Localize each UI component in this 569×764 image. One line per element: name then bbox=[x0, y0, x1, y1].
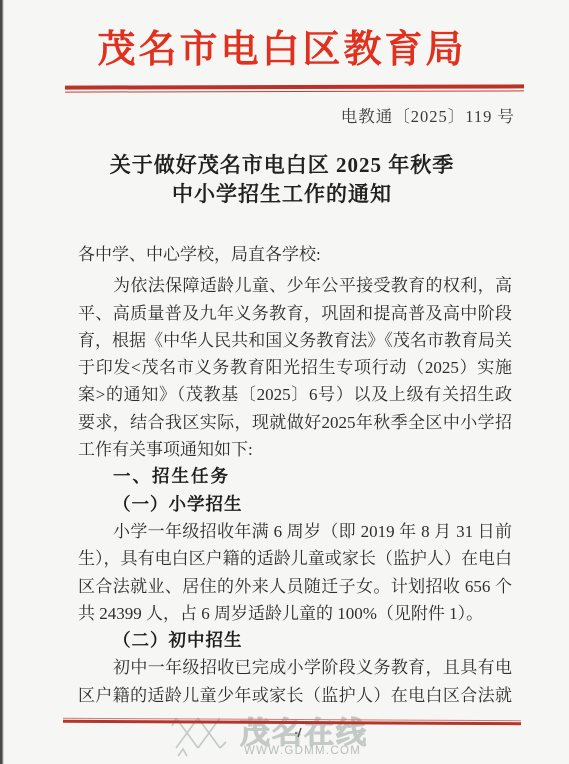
body-line: 区合法就业、居住的外来人员随迁子女。计划招收 656 个班， bbox=[78, 573, 512, 600]
document-body: 各中学、中心学校，局直各学校: 为依法保障适龄儿童、少年公平接受教育的权利，高水… bbox=[78, 241, 512, 709]
header-divider-line bbox=[65, 84, 524, 92]
body-line: 于印发<茂名市义务教育阳光招生专项行动（2025）实施方 bbox=[78, 354, 512, 381]
document-title-line-1: 关于做好茂名市电白区 2025 年秋季 bbox=[58, 151, 506, 180]
section-heading-recruitment-tasks: 一、招生任务 bbox=[78, 463, 512, 490]
body-line: 初中一年级招收已完成小学阶段义务教育，且具有电白 bbox=[78, 654, 512, 681]
body-line: 为依法保障适龄儿童、少年公平接受教育的权利，高水 bbox=[78, 272, 512, 299]
page-footnote-mark bbox=[293, 727, 307, 739]
agency-title: 茂名市电白区教育局 bbox=[58, 18, 506, 66]
document-number: 电教通〔2025〕119 号 bbox=[200, 103, 515, 127]
scanned-official-document: { "header": { "agency": "茂名市电白区教育局", "do… bbox=[0, 0, 569, 764]
body-line: 平、高质量普及九年义务教育，巩固和提高普及高中阶段教 bbox=[78, 300, 512, 327]
body-line: 区户籍的适龄儿童少年或家长（监护人）在电白区合法就业、 bbox=[78, 682, 512, 709]
salutation: 各中学、中心学校，局直各学校: bbox=[78, 241, 512, 268]
body-line: 共 24399 人，占 6 周岁适龄儿童的 100%（见附件 1）。 bbox=[78, 600, 512, 627]
document-title-line-2: 中小学招生工作的通知 bbox=[58, 180, 506, 209]
body-line: 育，根据《中华人民共和国义务教育法》《茂名市教育局关 bbox=[78, 327, 512, 354]
body-line: 案>的通知》（茂教基〔2025〕6号）以及上级有关招生政策 bbox=[78, 381, 512, 408]
document-title: 关于做好茂名市电白区 2025 年秋季 中小学招生工作的通知 bbox=[58, 151, 506, 209]
site-watermark: 茂名在线 WWW.GDMM.COM bbox=[170, 706, 390, 764]
body-line: 要求，结合我区实际，现就做好2025年秋季全区中小学招生 bbox=[78, 409, 512, 436]
watermark-url: WWW.GDMM.COM bbox=[244, 745, 361, 757]
subsection-heading-junior-high: （二）初中招生 bbox=[78, 627, 512, 654]
header-divider-thin-line bbox=[65, 90, 524, 93]
body-line: 工作有关事项通知如下: bbox=[78, 436, 512, 463]
subsection-heading-primary-school: （一）小学招生 bbox=[78, 491, 512, 518]
body-line: 生），具有电白区户籍的适龄儿童或家长（监护人）在电白 bbox=[78, 545, 512, 572]
body-line: 小学一年级招收年满 6 周岁（即 2019 年 8 月 31 日前出 bbox=[78, 518, 512, 545]
scan-edge-shadow bbox=[0, 0, 4, 764]
